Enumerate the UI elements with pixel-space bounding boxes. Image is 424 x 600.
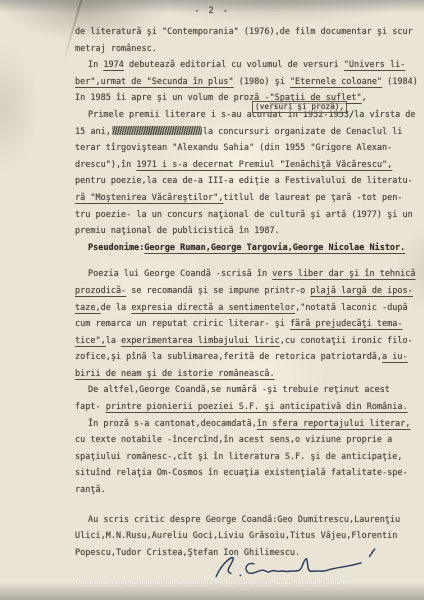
text-line: cu texte notabile -încercînd,în acest se… [75, 432, 421, 449]
text-line: În proză s-a cantonat,deocamdată,în sfer… [75, 416, 421, 433]
crossed-out-text [112, 126, 202, 135]
trial-watermark: Processed using the free version of Wate… [0, 579, 424, 586]
text-segment: fără prejudecăţi tema- [290, 319, 403, 329]
text-segment: drescu"),în [75, 160, 136, 170]
text-line: In 1974 debutează editorial cu volumul d… [75, 57, 421, 74]
text-line: de literatură şi "Contemporania" (1976),… [75, 24, 421, 41]
text-segment: la [106, 336, 121, 346]
text-segment: de literatură şi "Contemporania" (1976),… [75, 27, 413, 37]
text-segment: zofice,şi pînă la sublimarea,ferită de r… [75, 352, 382, 362]
text-line: Au scris critic despre George Coandă:Geo… [75, 512, 421, 529]
text-segment: (1984) [382, 77, 418, 87]
text-line: De altfel,George Coandă,se numără -şi tr… [75, 382, 421, 399]
text-segment: se recomandă şi se impune printr-o [126, 286, 310, 296]
text-line: spaţiului românesc-,cît şi în literatura… [75, 449, 421, 466]
text-segment: ranţă. [75, 485, 106, 495]
text-segment: George Ruman,George Targovia,George Nico… [144, 243, 405, 253]
text-segment: "Univers li- [344, 60, 405, 70]
text-line: cum remarca un reputat criric literar- ş… [75, 316, 421, 333]
text-line: ber",urmat de "Secunda în plus" (198o) ş… [75, 74, 421, 91]
text-line: Ulici,M.N.Rusu,Aureliu Goci,Liviu Grăsoi… [75, 528, 421, 545]
text-line: Poezia lui George Coandă -scrisă în vers… [75, 266, 421, 283]
text-line: drescu"),în 1971 i s-a decernat Premiul … [75, 157, 421, 174]
text-segment: ,cu conotaţii ironic filo- [280, 336, 413, 346]
text-segment: prozodică- [75, 286, 126, 296]
text-segment: 15 ani, [75, 127, 111, 137]
text-segment: "Eternele coloane" [290, 77, 382, 87]
text-segment: spaţiului românesc-,cît şi în literatura… [75, 452, 403, 462]
text-segment: tru poezie- la un concurs naţional de cu… [75, 210, 413, 220]
text-line: metraj românesc. [75, 41, 421, 58]
text-line: prozodică- se recomandă şi se impune pri… [75, 283, 421, 300]
text-segment: cu texte notabile -încercînd,în acest se… [75, 435, 392, 445]
text-line: zofice,şi pînă la sublimarea,ferită de r… [75, 349, 421, 366]
text-line: tice",la experimentarea limbajului liric… [75, 333, 421, 350]
text-segment: Pseudonime: [88, 243, 144, 253]
text-segment: In [88, 60, 103, 70]
text-segment: pentru poezie,la cea de-a III-a ediţie a… [75, 176, 413, 186]
text-segment: la vîrsta de [354, 110, 415, 120]
text-segment: cum remarca un reputat criric literar- ş… [75, 319, 290, 329]
text-segment: birii de neam şi de istorie românească. [75, 369, 275, 379]
text-segment: a iu- [382, 352, 408, 362]
text-segment: 1974 [103, 60, 123, 70]
text-segment: Au scris critic despre George Coandă:Geo… [88, 515, 400, 525]
text-segment: 1971 i s-a decernat Premiul "Ienăchiţă V… [136, 160, 392, 170]
text-line: 15 ani,la concursuri organizate de Cenac… [75, 124, 421, 141]
text-segment: metraj românesc. [75, 44, 157, 54]
text-segment: situînd relaţia Om-Cosmos în ecuaţia exi… [75, 468, 408, 478]
text-segment: În proză s-a cantonat,deocamdată, [88, 419, 257, 429]
text-line: fapt- printre pionierii poeziei S.F. şi … [75, 399, 421, 416]
text-segment: In 1985 îi apre şi un volum de proză - [75, 93, 269, 103]
document-body: de literatură şi "Contemporania" (1976),… [75, 24, 421, 561]
text-segment: experimentarea limbajului liric [121, 336, 280, 346]
text-segment: , [362, 93, 367, 103]
text-line: Pseudonime:George Ruman,George Targovia,… [75, 240, 421, 257]
text-segment: vers liber dar şi în tehnică [272, 269, 415, 279]
text-segment: la concursuri organizate de Cenaclul li [203, 127, 403, 137]
inserted-note: (versuri şi proză), [252, 101, 347, 113]
text-line: premiu naţional de publicistică în 1987. [75, 223, 421, 240]
text-line: pentru poezie,la cea de-a III-a ediţie a… [75, 173, 421, 190]
text-segment: ră "Moştenirea Văcăreştilor", [75, 193, 223, 203]
text-line: tru poezie- la un concurs naţional de cu… [75, 207, 421, 224]
text-line: ră "Moştenirea Văcăreştilor",titlul de l… [75, 190, 421, 207]
scanned-document-page: - 2 - de literatură şi "Contemporania" (… [0, 0, 424, 600]
text-segment: debutează editorial cu volumul de versur… [124, 60, 344, 70]
page-number: - 2 - [0, 6, 424, 16]
text-segment: ber",urmat de "Secunda în plus" [75, 77, 234, 87]
text-segment: expresia directă a sentimentelor [131, 303, 295, 313]
text-segment: de la [101, 303, 132, 313]
text-segment: Ulici,M.N.Rusu,Aureliu Goci,Liviu Grăsoi… [75, 531, 397, 541]
text-segment: taze, [75, 303, 101, 313]
text-line: Primele premii literare i s-au acordat î… [75, 107, 421, 124]
text-segment: De altfel,George Coandă,se numără -şi tr… [88, 385, 390, 395]
text-segment: Poezia lui George Coandă -scrisă în [88, 269, 272, 279]
text-line: taze,de la expresia directă a sentimente… [75, 300, 421, 317]
text-line: birii de neam şi de istorie românească. [75, 366, 421, 383]
text-segment: premiu naţional de publicistică în 1987. [75, 226, 280, 236]
text-segment: fapt- [75, 402, 106, 412]
text-segment: plajă largă de ipos- [310, 286, 412, 296]
text-segment: în sfera reportajului literar, [257, 419, 411, 429]
text-line: situînd relaţia Om-Cosmos în ecuaţia exi… [75, 465, 421, 482]
text-line: In 1985 îi apre şi un volum de proză -"S… [75, 90, 421, 107]
text-line: ranţă. [75, 482, 421, 499]
text-segment: ,"notată laconic -după [295, 303, 408, 313]
text-segment: (198o) şi [234, 77, 290, 87]
text-segment: printre pionierii poeziei S.F. şi antici… [106, 402, 408, 412]
text-line: terar tîrgoviştean "Alexandu Sahia" (din… [75, 140, 421, 157]
text-segment: terar tîrgoviştean "Alexandu Sahia" (din… [75, 143, 392, 153]
text-segment: tice", [75, 336, 106, 346]
text-segment: titlul de laureat pe ţară -tot pen- [223, 193, 402, 203]
